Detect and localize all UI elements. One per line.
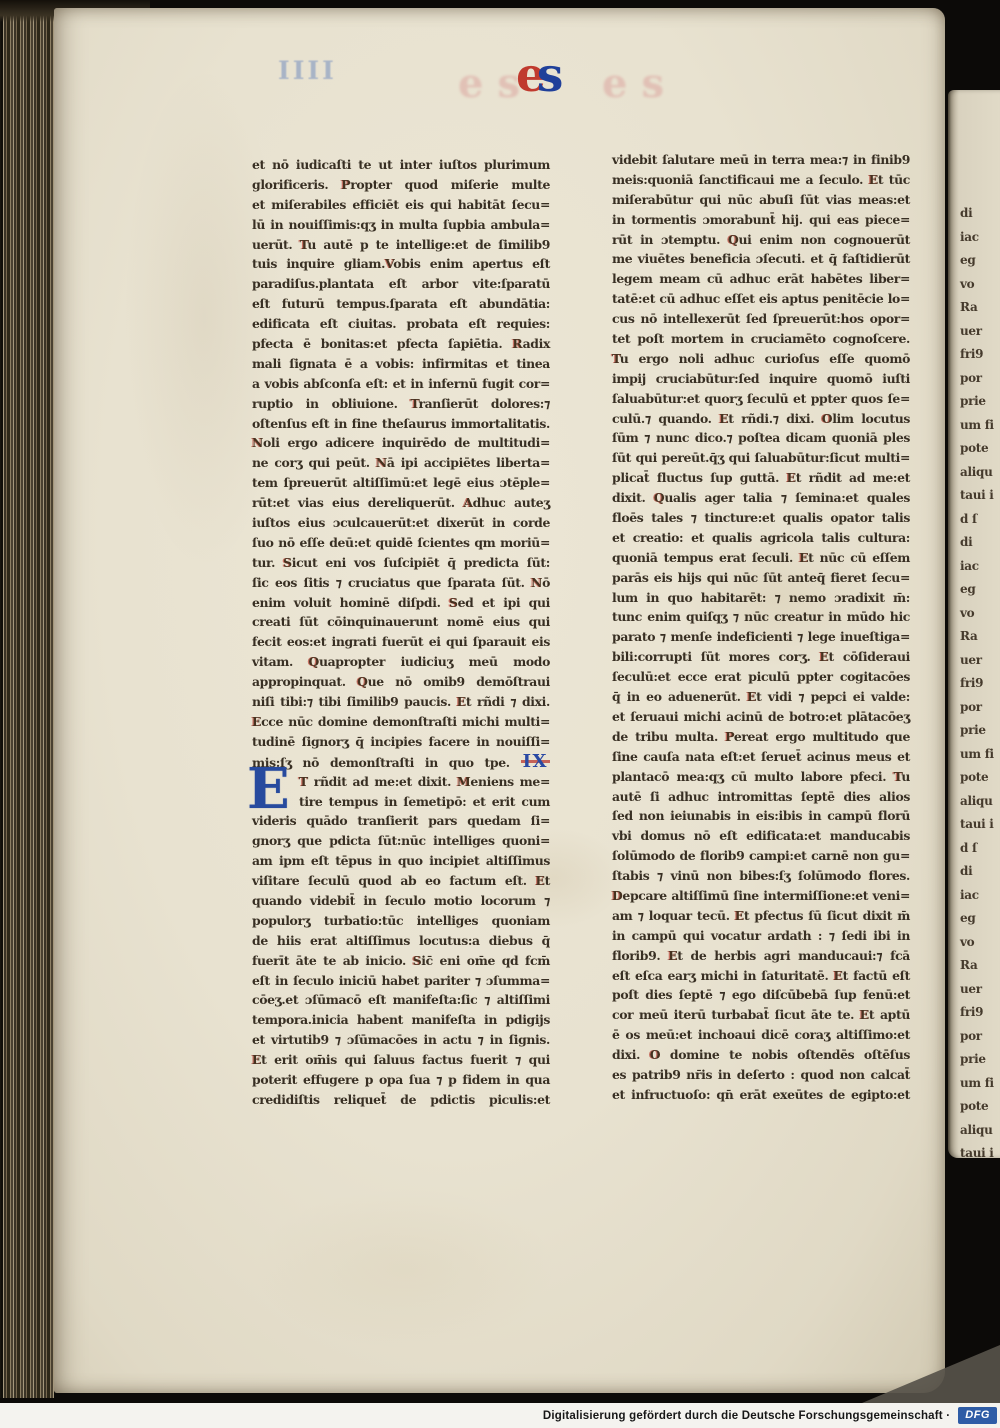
text-line: ſaluabūtur:et quorʒ ſeculū et ppter quos… [612,389,910,409]
text-line: uerūt. Tu autē p te intellige:et de ſimi… [252,235,550,255]
text-line: rūt:et vias eius dereliquerūt. Adhuc aut… [252,493,550,513]
text-line: enim voluit hominē diſpdi. Sed et ipi qu… [252,593,550,613]
edge-text-fragment: iac [960,226,1000,250]
text-line: am ⁊ loquar tecū. Et pfectus ſū ſicut di… [612,906,910,926]
edge-text-fragment: eg [960,578,1000,602]
text-line: et creatio: et qualis agricola talis cul… [612,528,910,548]
text-line: me viuētes beneficia ɔſecuti. et q̄ faſt… [612,249,910,269]
text-line: am ipm eſt tēpus in quo incipiet altiſſi… [252,851,550,871]
text-line: edificata eſt ciuitas. probata eſt requi… [252,314,550,334]
text-line: parato ⁊ menſe indeficienti ⁊ lege inueſ… [612,627,910,647]
text-line: tire tempus in ſemetipō: et erit cum [252,792,550,812]
manuscript-page: IIII es e s es et nō iudicaſti te ut int… [54,8,945,1393]
text-line: ē os meū:et inchoaui dicē coraʒ altiſſim… [612,1025,910,1045]
text-line: de tribu multa. Pereat ergo multitudo qu… [612,727,910,747]
dfg-footer-bar: Digitalisierung gefördert durch die Deut… [0,1403,1000,1428]
text-line: ſtabis ⁊ vinū non bibes:ſʒ ſolūmodo flor… [612,866,910,886]
edge-text-fragment: por [960,696,1000,720]
text-line: eſt in ſeculo iniciū habet pariter ⁊ ɔſu… [252,971,550,991]
text-line: ſūt qui pereūt.q̄ʒ qui ſaluabūtur:ſicut … [612,448,910,468]
edge-text-fragment: d ſ [960,837,1000,861]
text-line: tempora.inicia habent manifeſta in pdigi… [252,1010,550,1030]
text-line: creati ſūt cōinquinauerunt nomē eius qui [252,612,550,632]
edge-text-fragment: fri9 [960,672,1000,696]
edge-text-fragment: pote [960,437,1000,461]
edge-text-fragment: uer [960,978,1000,1002]
text-column-right: videbit ſalutare meū in terra mea:⁊ in f… [612,150,910,1105]
text-line: lum in quo habitarēt: ⁊ nemo ɔradixit m̄… [612,588,910,608]
text-line: Ecce nūc domine demonſtraſti michi multi… [252,712,550,732]
text-line: ſic eos ſitis ⁊ cruciatus que ſparata ſū… [252,573,550,593]
text-line: ſed non ieiunabis in eis:ibis in campū f… [612,806,910,826]
edge-text-fragment: eg [960,907,1000,931]
text-line: gnorʒ que pdicta ſūt:nūc intelliges quon… [252,831,550,851]
text-line: legem meam cū adhuc erāt habētes liber= [612,269,910,289]
text-line: Et erit om̄is qui ſaluus factus fuerit ⁊… [252,1050,550,1070]
text-line: es patrib9 nr̄is in deſerto : quod non c… [612,1065,910,1085]
edge-text-fragment: pote [960,766,1000,790]
edge-text-fragment: um fi [960,1072,1000,1096]
edge-text-fragment: fri9 [960,1001,1000,1025]
ornament-offset-ghost: es [602,60,678,107]
text-line: iuſtos eius ɔculcauerūt:et dixerūt in co… [252,513,550,533]
text-line: et nō iudicaſti te ut inter iuſtos pluri… [252,155,550,175]
text-line: de hiis erat altiſſimus locutus:a diebus… [252,931,550,951]
text-line: lū in nouiſſimis:qʒ in multa ſupbia ambu… [252,215,550,235]
text-line: ſolūmodo de florib9 campi:et carnē non g… [612,846,910,866]
text-line: ſeculū:et ecce erat piculū ppter cogitac… [612,667,910,687]
text-line: in tormentis ɔmorabunt̄ hij. qui eas pie… [612,210,910,230]
text-line: cōeʒ.et ɔſūmacō eſt manifeſta:ſic ⁊ alti… [252,990,550,1010]
text-line: plicat̄ fluctus ſup guttā. Et rñdit ad m… [612,468,910,488]
edge-text-fragment: vo [960,602,1000,626]
edge-text-fragment: d ſ [960,508,1000,532]
edge-text-fragment: taui i [960,813,1000,837]
text-line: parās eis hijs qui nūc ſūt anteq̄ fieret… [612,568,910,588]
edge-text-fragment: prie [960,390,1000,414]
text-line: rūt in ɔtemptu. Qui enim non cognouerūt [612,230,910,250]
edge-text-fragment: aliqu [960,790,1000,814]
text-line: mali ſignata ē a vobis: infirmitas et ti… [252,354,550,374]
text-line: cor meū iterū turbabat̄ ſicut āte te. Et… [612,1005,910,1025]
text-line: tet poſt mortem in cruciamēto cognoſcere… [612,329,910,349]
text-line: oſtenſus eſt in fine theſaurus immortali… [252,414,550,434]
text-line: paradiſus.plantata eſt arbor vite:ſparat… [252,274,550,294]
text-line: poſt dies ſeptē ⁊ ego diſcūbebā ſup fenū… [612,985,910,1005]
text-line: ſuo nō eſſe deū:et quidē ſcientes qm mor… [252,533,550,553]
edge-text-fragment: pote [960,1095,1000,1119]
text-line: eſt eſca earʒ michi in ſaturitatē. Et fa… [612,966,910,986]
text-line: autē ſi adhuc intromittas ſeptē dies ali… [612,787,910,807]
edge-text-fragment: vo [960,273,1000,297]
edge-text-fragment: taui i [960,1142,1000,1158]
text-line: tatē:et cū adhuc eſſet eis aptus penitēc… [612,289,910,309]
text-line: viſitare ſeculū quod ab eo factum eſt. E… [252,871,550,891]
ornament-letter-s: s [537,52,563,99]
text-line: ruptio in obliuione. Tranſierūt dolores:… [252,394,550,414]
edge-text-fragment: fri9 [960,343,1000,367]
edge-text-fragment: iac [960,555,1000,579]
text-line: Tu ergo noli adhuc curioſus eſſe quomō [612,349,910,369]
text-line: q̄ in eo aduenerūt. Et vidi ⁊ pepci ei v… [612,687,910,707]
text-line: Depcare altiſſimū ſine intermiſſione:et … [612,886,910,906]
text-line: pfecta ē bonitas:et pfecta ſapiētia. Rad… [252,334,550,354]
dfg-logo: DFG [958,1407,997,1424]
running-title-ornament: es e s es [516,52,563,106]
folio-number: IIII [278,56,337,85]
edge-text-fragment: prie [960,1048,1000,1072]
edge-text-fragment: eg [960,249,1000,273]
text-line: fuerīt āte te ab inicio. Sic̄ eni om̄e q… [252,951,550,971]
text-line: tem ſpreuerūt altiſſimū:et legē eius ɔtē… [252,473,550,493]
edge-text-fragment: Ra [960,625,1000,649]
text-line: eſt futurū tempus.ſparata eſt abundātia: [252,294,550,314]
text-line: et ſeruaui michi acinū de botro:et plāta… [612,707,910,727]
text-line: Noli ergo adicere inquirēdo de multitudi… [252,433,550,453]
facing-page-edge: diiacegvoRauerfri9porprieum fipotealiqut… [948,90,1000,1158]
text-line: in campū qui vocatur ardath : ⁊ ſedi ibi… [612,926,910,946]
text-line: fecit eos:et ingrati fuerūt ei qui ſpara… [252,632,550,652]
text-line: ſine cauſa nata eſt:et ſeruet̄ acinus me… [612,747,910,767]
edge-text-fragment: aliqu [960,1119,1000,1143]
text-line: glorificeris. Propter quod miſerie multe [252,175,550,195]
text-line: a vobis abſconſa eſt: et in infernū fugi… [252,374,550,394]
text-line: quando videbit̄ in ſeculo motio locorum … [252,891,550,911]
text-line: tur. Sicut eni vos ſuſcipiēt q̄ predicta… [252,553,550,573]
text-line: ſūm ⁊ nunc dico.⁊ poſtea dicam quoniā pl… [612,428,910,448]
edge-text-fragment: por [960,1025,1000,1049]
edge-text-fragment: aliqu [960,461,1000,485]
footer-credit-text: Digitalisierung gefördert durch die Deut… [543,1410,950,1422]
text-line: impij cruciabūtur:ſed inquire quomō iuſt… [612,369,910,389]
text-line: vitam. Quapropter iudiciuʒ meū modo [252,652,550,672]
text-line: tudinē ſignorʒ q̄ incipies facere in nou… [252,732,550,752]
edge-text-fragment: uer [960,320,1000,344]
text-line: T rñdit ad me:et dixit. Meniens me= [252,772,550,792]
edge-text-fragment: um fi [960,414,1000,438]
edge-text-fragment: iac [960,884,1000,908]
text-line: meis:quoniā ſanctificaui me a ſeculo. Et… [612,170,910,190]
text-line: tunc enim quiſqʒ ⁊ nūc creatur in mūdo h… [612,607,910,627]
text-line: et miſerabiles efficiēt eis qui habitāt … [252,195,550,215]
scan-background: IIII es e s es et nō iudicaſti te ut int… [0,0,1000,1428]
text-line: poterit effugere p opa ſua ⁊ p fidem in … [252,1070,550,1090]
ornament-offset-ghost: es [458,60,534,107]
text-line: culū.⁊ quando. Et rñdi.⁊ dixi. Olim locu… [612,409,910,429]
text-line: videris quādo tranſierit pars quedam ſi= [252,811,550,831]
text-line: videbit ſalutare meū in terra mea:⁊ in f… [612,150,910,170]
text-line: ne corʒ qui peūt. Nā ipi accipiētes libe… [252,453,550,473]
text-line: florib9. Et de herbis agri manducaui:⁊ f… [612,946,910,966]
edge-text-fragment: taui i [960,484,1000,508]
edge-text-column: diiacegvoRauerfri9porprieum fipotealiqut… [948,90,1000,1158]
text-line: dixit. Qualis ager talia ⁊ ſemina:et qua… [612,488,910,508]
text-line: quoniā tempus erat ſeculi. Et nūc cū eſſ… [612,548,910,568]
text-line: credidiſtis reliquet̄ de pdictis piculis… [252,1090,550,1110]
text-line: et virtutib9 ⁊ ɔſūmacōes in actu ⁊ in ſi… [252,1030,550,1050]
text-line: vbi domus nō eſt edificata:et manducabis [612,826,910,846]
edge-text-fragment: vo [960,931,1000,955]
text-line: mis:ſʒ nō demonſtraſti in quo tpe. IX [252,752,550,772]
text-line: floēs tales ⁊ tincture:et qualis opator … [612,508,910,528]
text-line: plantacō mea:qʒ cū multo labore pfeci. T… [612,767,910,787]
text-column-left: et nō iudicaſti te ut inter iuſtos pluri… [252,155,550,1110]
edge-text-fragment: di [960,531,1000,555]
text-line: bili:corrupti ſūt mores corʒ. Et cōſider… [612,647,910,667]
text-line: et infructuoſo: qn̄ erāt exeūtes de egip… [612,1085,910,1105]
edge-text-fragment: Ra [960,296,1000,320]
text-line: miſerabūtur qui nūc abuſi ſūt vias meas:… [612,190,910,210]
text-line: niſi tibi:⁊ tibi ſimilib9 paucis. Et rñd… [252,692,550,712]
text-line: appropinquat. Que nō omib9 demōſtraui [252,672,550,692]
text-line: tuis inquire gliam.Vobis enim apertus eſ… [252,254,550,274]
edge-text-fragment: di [960,202,1000,226]
text-line: populorʒ turbatio:tūc intelliges quoniam [252,911,550,931]
text-line: cus nō intellexerūt ſed ſpreuerūt:hos op… [612,309,910,329]
edge-text-fragment: uer [960,649,1000,673]
edge-text-fragment: di [960,860,1000,884]
text-line: dixi. O domine te nobis oſtendēs oſtēſus [612,1045,910,1065]
illuminated-initial-e: E [247,763,290,815]
edge-text-fragment: um fi [960,743,1000,767]
parchment-stain [254,1188,554,1348]
edge-text-fragment: por [960,367,1000,391]
book-spine-page-edges [0,0,54,1398]
edge-text-fragment: prie [960,719,1000,743]
edge-text-fragment: Ra [960,954,1000,978]
